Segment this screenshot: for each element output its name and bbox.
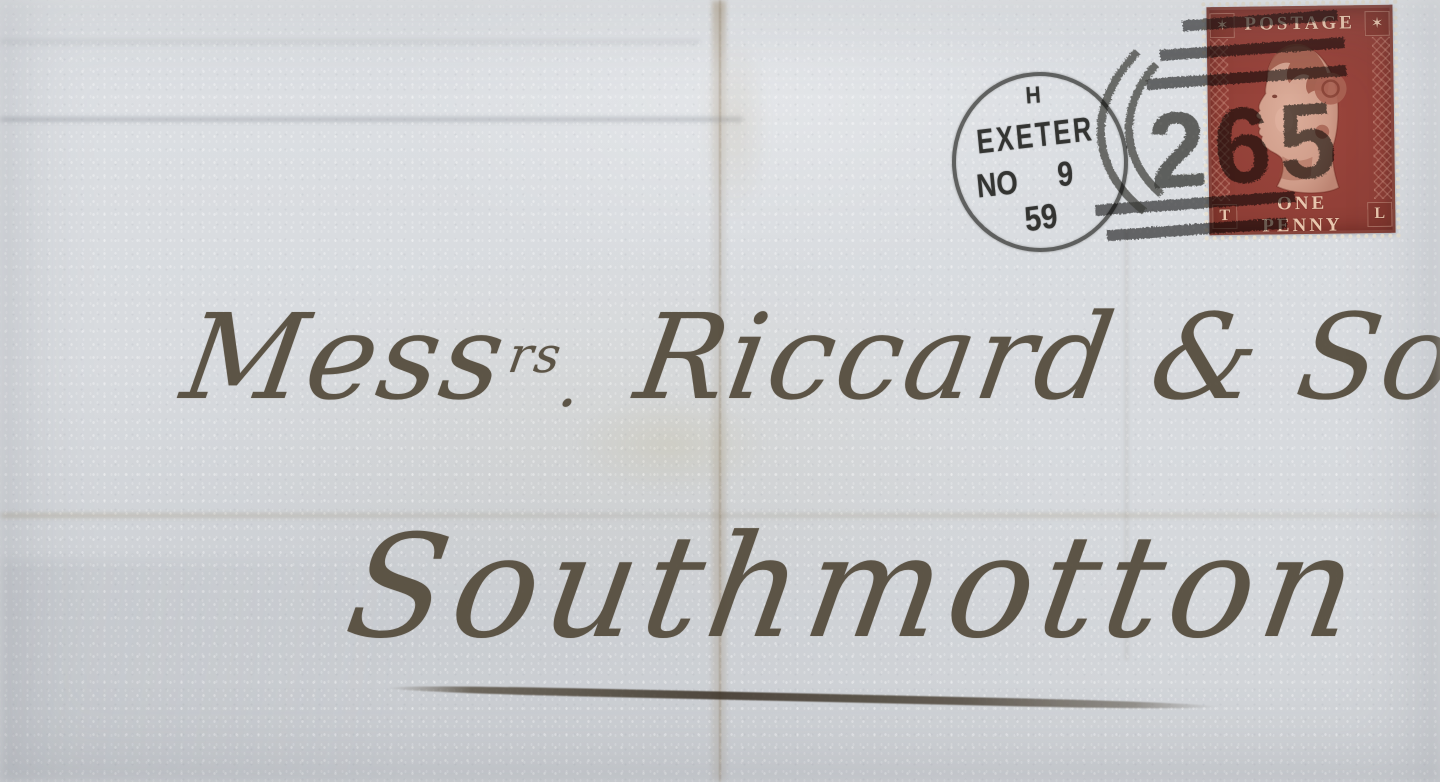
duplex-cancel: 265: [1077, 3, 1363, 256]
postmark-month: NO: [975, 164, 1020, 206]
postmark-year: 59: [1023, 196, 1060, 240]
address-line-2-town: Southmotton: [337, 505, 1374, 670]
fold-crease-horizontal-upper: [0, 40, 700, 44]
underline-flourish: [388, 684, 1216, 711]
address-line-1: Messrs.Riccard & Son: [174, 288, 1440, 426]
addressee-prefix: Mess: [174, 288, 516, 426]
fold-crease-horizontal-top: [0, 117, 742, 122]
postmark-day: 9: [1056, 155, 1075, 195]
star-ornament-icon: ✶: [1364, 10, 1389, 35]
addressee-prefix-superscript: rs: [504, 326, 566, 384]
addressee-name: Riccard & Son: [628, 288, 1440, 426]
paper-stain-top: [690, 0, 780, 250]
postmark-index-letter: H: [1025, 82, 1042, 110]
stamp-lattice-right: [1372, 37, 1392, 199]
stamp-corner-letter-l: L: [1367, 201, 1392, 226]
envelope-scan: Messrs.Riccard & Son Southmotton ✶ POSTA…: [0, 0, 1440, 782]
duplex-bars-top: [1142, 9, 1346, 90]
duplex-number: 265: [1145, 78, 1348, 212]
